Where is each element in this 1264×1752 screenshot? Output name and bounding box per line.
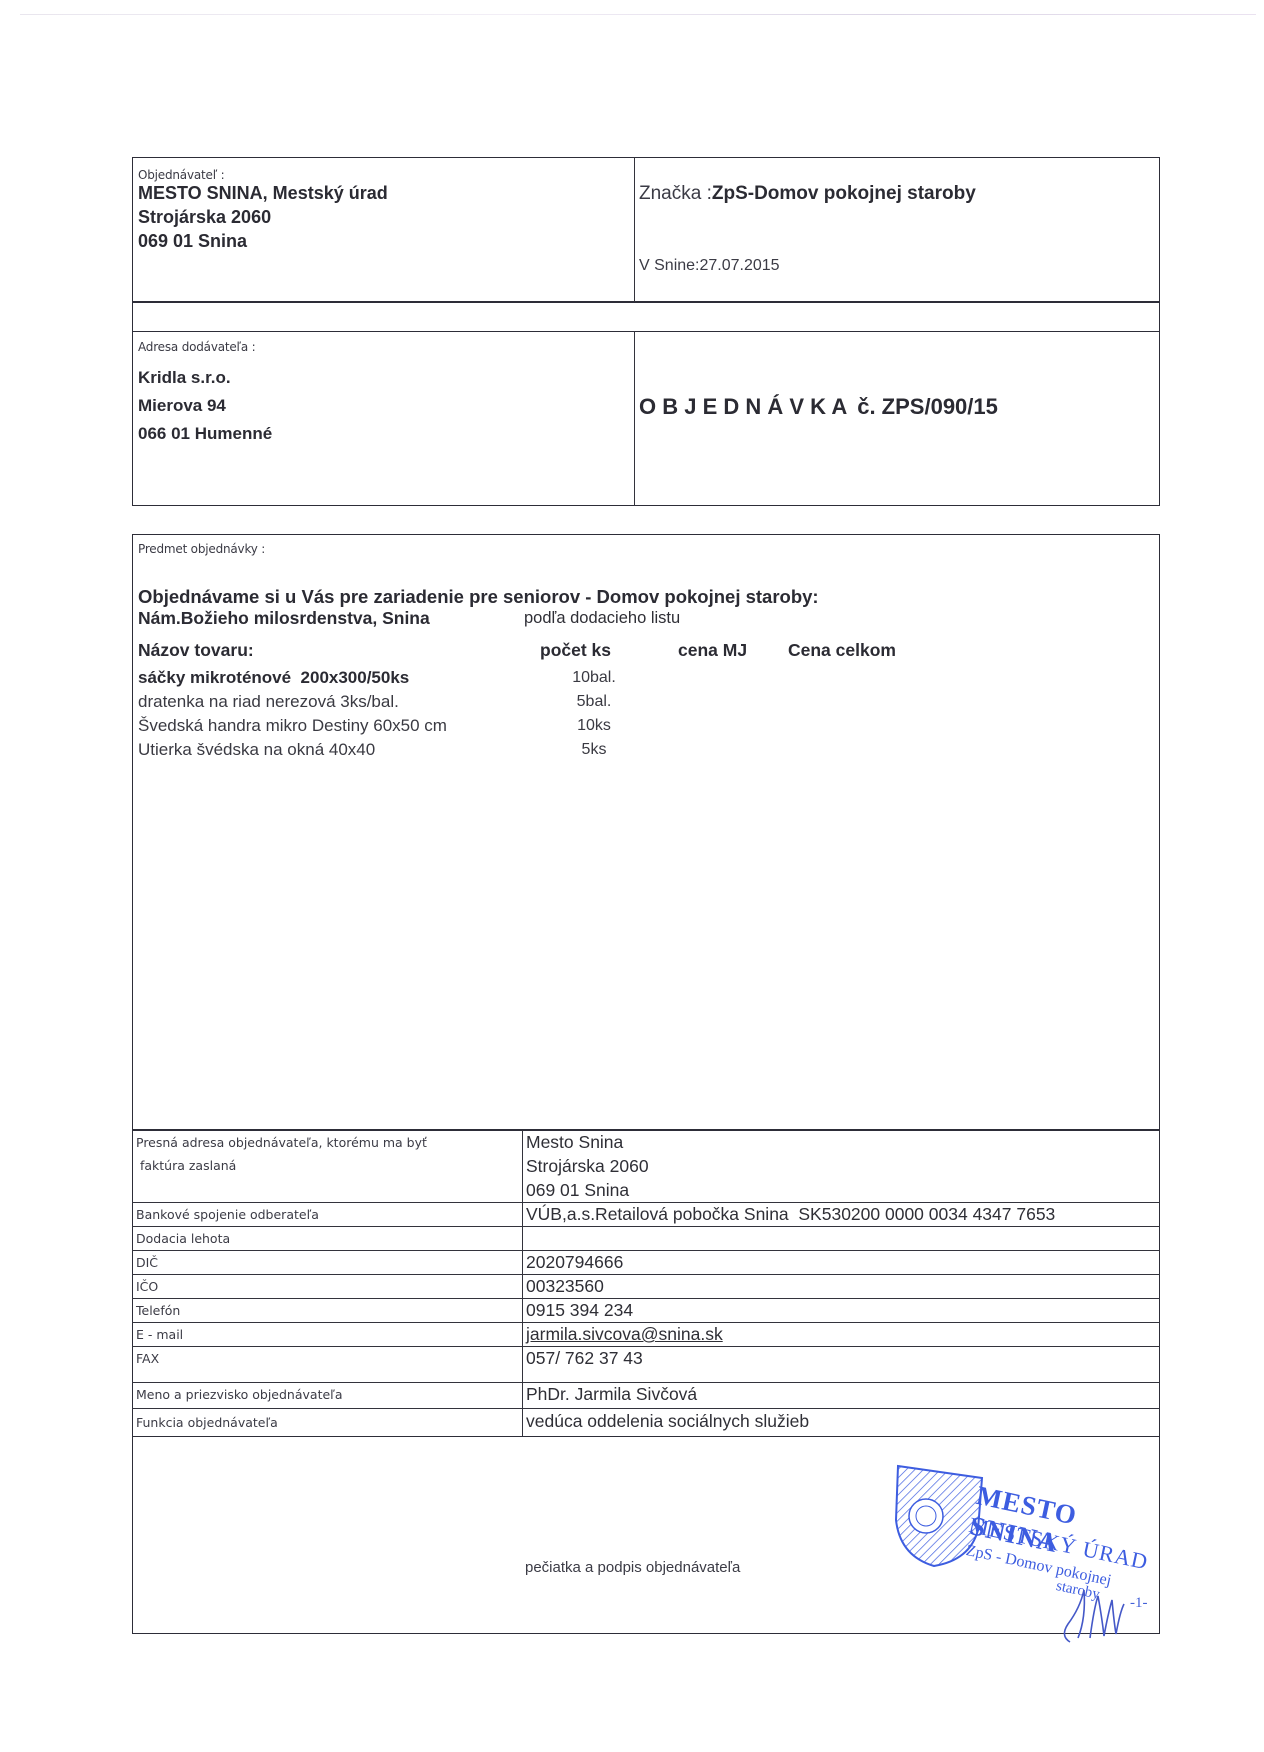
email-label: E - mail <box>136 1327 183 1342</box>
subject-location: Nám.Božieho milosrdenstva, Snina <box>138 608 430 629</box>
supplier-city: 066 01 Humenné <box>138 424 272 444</box>
details-divider <box>522 1130 523 1437</box>
column-name: Názov tovaru: <box>138 640 254 661</box>
orderer-street: Strojárska 2060 <box>138 207 271 228</box>
item-qty: 5ks <box>554 741 634 759</box>
name-label: Meno a priezvisko objednávateľa <box>136 1387 343 1402</box>
column-total-price: Cena celkom <box>788 640 896 661</box>
orderer-name: MESTO SNINA, Mestský úrad <box>138 183 388 204</box>
row-separator <box>132 1408 1160 1409</box>
invoice-address-label: Presná adresa objednávateľa, ktorému ma … <box>136 1135 427 1150</box>
orderer-city: 069 01 Snina <box>138 231 247 252</box>
item-qty: 5bal. <box>554 693 634 711</box>
dic-label: DIČ <box>136 1255 158 1270</box>
delivery-term-label: Dodacia lehota <box>136 1231 230 1246</box>
order-title-text: O B J E D N Á V K A <box>639 394 847 419</box>
scan-artifact-line <box>20 14 1256 15</box>
item-name: Švedská handra mikro Destiny 60x50 cm <box>138 716 447 736</box>
row-separator <box>132 1250 1160 1251</box>
ico-label: IČO <box>136 1279 158 1294</box>
item-name: dratenka na riad nerezová 3ks/bal. <box>138 692 399 712</box>
row-separator <box>132 1226 1160 1227</box>
function-label: Funkcia objednávateľa <box>136 1415 278 1430</box>
handwritten-signature-icon <box>1040 1578 1150 1648</box>
row-separator <box>132 1274 1160 1275</box>
invoice-address-line-2: Strojárska 2060 <box>526 1156 649 1177</box>
subject-note: podľa dodacieho listu <box>524 609 680 628</box>
invoice-address-label-2: faktúra zaslaná <box>136 1158 236 1173</box>
column-quantity: počet ks <box>540 640 611 661</box>
reference-label: Značka : <box>639 183 712 204</box>
official-stamp: MESTO SNINA MESTSKÝ ÚRAD ZpS - Domov pok… <box>880 1450 1170 1650</box>
signature-caption: pečiatka a podpis objednávateľa <box>525 1559 740 1576</box>
function-value: vedúca oddelenia sociálnych služieb <box>526 1411 809 1432</box>
bank-value: VÚB,a.s.Retailová pobočka Snina SK530200… <box>526 1204 1055 1225</box>
order-number: č. ZPS/090/15 <box>857 394 998 419</box>
phone-value: 0915 394 234 <box>526 1300 633 1321</box>
subject-label: Predmet objednávky : <box>138 542 265 556</box>
fax-label: FAX <box>136 1351 159 1366</box>
orderer-label: Objednávateľ : <box>138 168 224 182</box>
page-marker: -1- <box>1130 1595 1148 1612</box>
invoice-address-line-3: 069 01 Snina <box>526 1180 629 1201</box>
row-separator <box>132 1346 1160 1347</box>
item-qty: 10bal. <box>554 669 634 687</box>
name-value: PhDr. Jarmila Sivčová <box>526 1384 697 1405</box>
header-box <box>132 157 1160 302</box>
bank-label: Bankové spojenie odberateľa <box>136 1207 319 1222</box>
dic-value: 2020794666 <box>526 1252 623 1273</box>
fax-value: 057/ 762 37 43 <box>526 1348 643 1369</box>
supplier-divider <box>634 331 635 506</box>
phone-label: Telefón <box>136 1303 180 1318</box>
item-qty: 10ks <box>554 717 634 735</box>
email-link[interactable]: jarmila.sivcova@snina.sk <box>526 1324 723 1345</box>
supplier-street: Mierova 94 <box>138 396 226 416</box>
column-unit-price: cena MJ <box>678 640 747 661</box>
order-title: O B J E D N Á V K Ač. ZPS/090/15 <box>639 394 998 420</box>
invoice-address-line-1: Mesto Snina <box>526 1132 623 1153</box>
row-separator <box>132 1202 1160 1203</box>
row-separator <box>132 1382 1160 1383</box>
row-separator <box>132 1298 1160 1299</box>
reference-value: ZpS-Domov pokojnej staroby <box>712 183 976 204</box>
subject-intro: Objednávame si u Vás pre zariadenie pre … <box>138 586 819 608</box>
place-date: V Snine:27.07.2015 <box>639 257 780 275</box>
supplier-label: Adresa dodávateľa : <box>138 340 255 354</box>
header-divider <box>634 157 635 302</box>
row-separator <box>132 1322 1160 1323</box>
empty-strip <box>132 302 1160 332</box>
item-name: Utierka švédska na okná 40x40 <box>138 740 375 760</box>
reference: Značka :ZpS-Domov pokojnej staroby <box>639 183 976 205</box>
ico-value: 00323560 <box>526 1276 604 1297</box>
supplier-name: Kridla s.r.o. <box>138 368 231 388</box>
item-name: sáčky mikroténové 200x300/50ks <box>138 668 409 688</box>
